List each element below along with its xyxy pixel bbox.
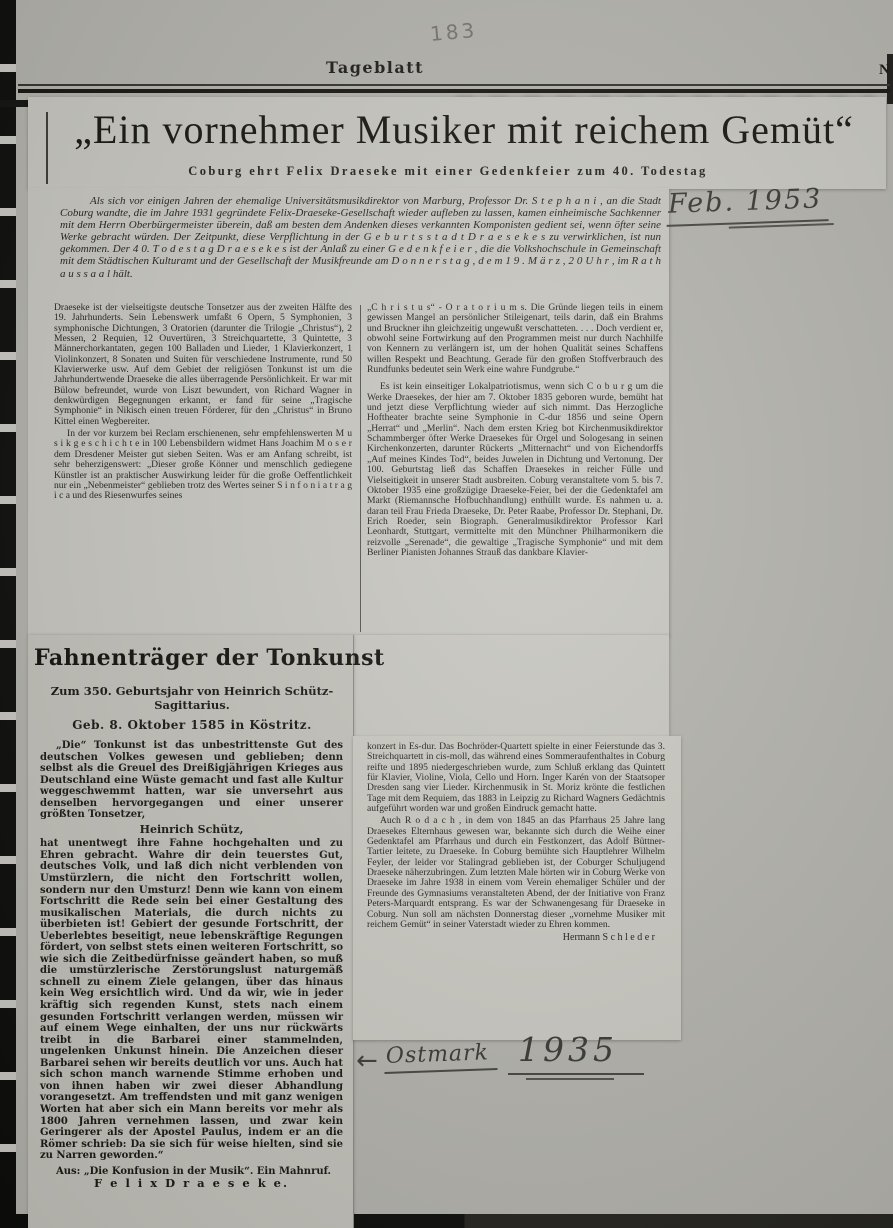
handwritten-month: Feb. xyxy=(667,186,735,219)
masthead-title: Tageblatt xyxy=(285,58,465,77)
paragraph: In der vor kurzem bei Reclam erschienene… xyxy=(54,429,352,501)
paragraph: konzert in Es-dur. Das Bochröder-Quartet… xyxy=(367,742,665,814)
handwritten-year-note: 1935 xyxy=(508,1030,644,1075)
paragraph: Auch R o d a c h , in dem von 1845 an da… xyxy=(367,816,665,930)
masthead-rule-thick xyxy=(18,89,890,93)
column-right: „C h r i s t u s“ - O r a t o r i u m s.… xyxy=(367,303,663,558)
handwritten-date-note: Feb. 1953 xyxy=(665,183,829,227)
fraktur-birth-line: Geb. 8. Oktober 1585 in Köstritz. xyxy=(50,718,334,732)
paragraph: Es ist kein einseitiger Lokalpatriotismu… xyxy=(367,382,663,558)
clipping-right-column-extension xyxy=(352,635,669,736)
fraktur-body: „Die“ Tonkunst ist das unbestrittenste G… xyxy=(40,740,343,1190)
article-headline: „Ein vornehmer Musiker mit reichem Gemüt… xyxy=(48,106,880,153)
paragraph: Draeseke ist der vielseitigste deutsche … xyxy=(54,303,352,427)
fraktur-headline: Fahnenträger der Tonkunst xyxy=(34,645,346,671)
fraktur-byline: F e l i x D r a e s e k e. xyxy=(40,1178,343,1190)
paragraph: hat unentwegt ihre Fahne hochgehalten un… xyxy=(40,838,343,1161)
masthead-rule-thin xyxy=(18,84,890,86)
column-left: Draeseke ist der vielseitigste deutsche … xyxy=(54,303,352,502)
left-film-edge xyxy=(0,0,16,1228)
column-divider-rule xyxy=(360,305,361,632)
paragraph: „Die“ Tonkunst ist das unbestrittenste G… xyxy=(40,740,343,821)
handwritten-year: 1953 xyxy=(745,183,823,217)
handwritten-arrow-icon: ← xyxy=(356,1046,378,1076)
fraktur-subhead: Zum 350. Geburtsjahr von Heinrich Schütz… xyxy=(50,684,334,712)
fraktur-name-line: Heinrich Schütz, xyxy=(40,824,343,836)
handwritten-page-number: 183 xyxy=(429,18,478,46)
masthead-right-fragment: N xyxy=(879,62,890,79)
column-lower-right: konzert in Es-dur. Das Bochröder-Quartet… xyxy=(367,742,665,944)
article-byline: Hermann S c h l e d e r xyxy=(367,933,665,943)
handwritten-place-note: Ostmark xyxy=(384,1040,498,1074)
article-subhead: Coburg ehrt Felix Draeseke mit einer Ged… xyxy=(138,164,758,179)
article-lead-paragraph: Als sich vor einigen Jahren der ehemalig… xyxy=(60,195,661,280)
scanned-newspaper-page: 183 Tageblatt N „Ein vornehmer Musiker m… xyxy=(0,0,893,1228)
paragraph: „C h r i s t u s“ - O r a t o r i u m s.… xyxy=(367,303,663,375)
